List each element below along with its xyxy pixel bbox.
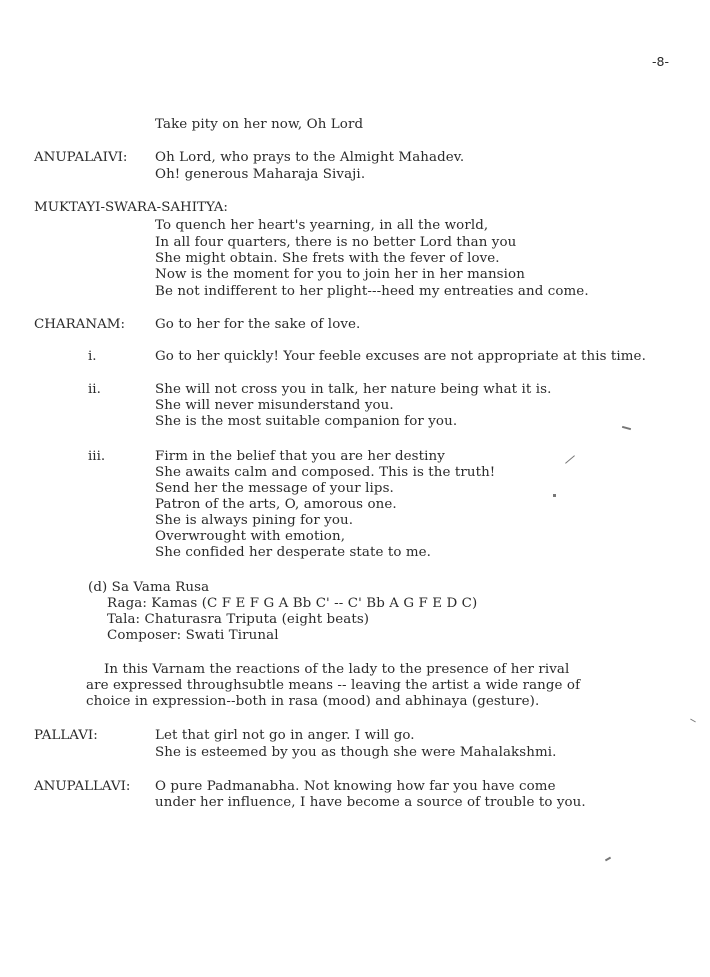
paragraph-line: choice in expression--both in rasa (mood… (86, 694, 539, 709)
section-label-anupalaivi: ANUPALAIVI: (34, 150, 127, 165)
item-marker: ii. (88, 382, 101, 397)
verse-line: Firm in the belief that you are her dest… (155, 449, 445, 464)
scan-speck (565, 455, 575, 463)
scan-speck (622, 426, 631, 430)
composer-line: Composer: Swati Tirunal (107, 628, 279, 643)
verse-line: Oh Lord, who prays to the Almight Mahade… (155, 150, 464, 165)
tala-line: Tala: Chaturasra Triputa (eight beats) (107, 612, 369, 627)
section-label-charanam: CHARANAM: (34, 317, 125, 332)
scan-speck (605, 857, 611, 862)
section-label-pallavi: PALLAVI: (34, 728, 98, 743)
verse-line: She will not cross you in talk, her natu… (155, 382, 551, 397)
scan-speck (553, 494, 556, 497)
verse-line: In all four quarters, there is no better… (155, 235, 516, 250)
raga-line: Raga: Kamas (C F E F G A Bb C' -- C' Bb … (107, 596, 477, 611)
piece-title: (d) Sa Vama Rusa (88, 580, 209, 595)
verse-line: She is the most suitable companion for y… (155, 414, 457, 429)
verse-line: O pure Padmanabha. Not knowing how far y… (155, 779, 556, 794)
verse-line: She awaits calm and composed. This is th… (155, 465, 495, 480)
paragraph-line: In this Varnam the reactions of the lady… (104, 662, 569, 677)
scan-speck (690, 719, 696, 723)
verse-line: To quench her heart's yearning, in all t… (155, 218, 488, 233)
verse-line: Overwrought with emotion, (155, 529, 345, 544)
verse-line: She is always pining for you. (155, 513, 353, 528)
verse-line: Go to her quickly! Your feeble excuses a… (155, 349, 646, 364)
item-marker: i. (88, 349, 97, 364)
document-page: -8- Take pity on her now, Oh Lord ANUPAL… (0, 0, 710, 977)
section-label-muktayi: MUKTAYI-SWARA-SAHITYA: (34, 200, 228, 215)
verse-line: Oh! generous Maharaja Sivaji. (155, 167, 365, 182)
verse-line: She confided her desperate state to me. (155, 545, 431, 560)
item-marker: iii. (88, 449, 105, 464)
page-number: -8- (652, 54, 669, 69)
verse-line: Be not indifferent to her plight---heed … (155, 284, 589, 299)
verse-line: She might obtain. She frets with the fev… (155, 251, 500, 266)
section-label-anupallavi: ANUPALLAVI: (34, 779, 130, 794)
intro-line: Take pity on her now, Oh Lord (155, 117, 363, 132)
verse-line: She will never misunderstand you. (155, 398, 394, 413)
paragraph-line: are expressed throughsubtle means -- lea… (86, 678, 580, 693)
verse-line: Send her the message of your lips. (155, 481, 394, 496)
verse-line: Let that girl not go in anger. I will go… (155, 728, 415, 743)
verse-line: She is esteemed by you as though she wer… (155, 745, 556, 760)
verse-line: Now is the moment for you to join her in… (155, 267, 525, 282)
verse-line: under her influence, I have become a sou… (155, 795, 586, 810)
verse-line: Go to her for the sake of love. (155, 317, 360, 332)
verse-line: Patron of the arts, O, amorous one. (155, 497, 397, 512)
